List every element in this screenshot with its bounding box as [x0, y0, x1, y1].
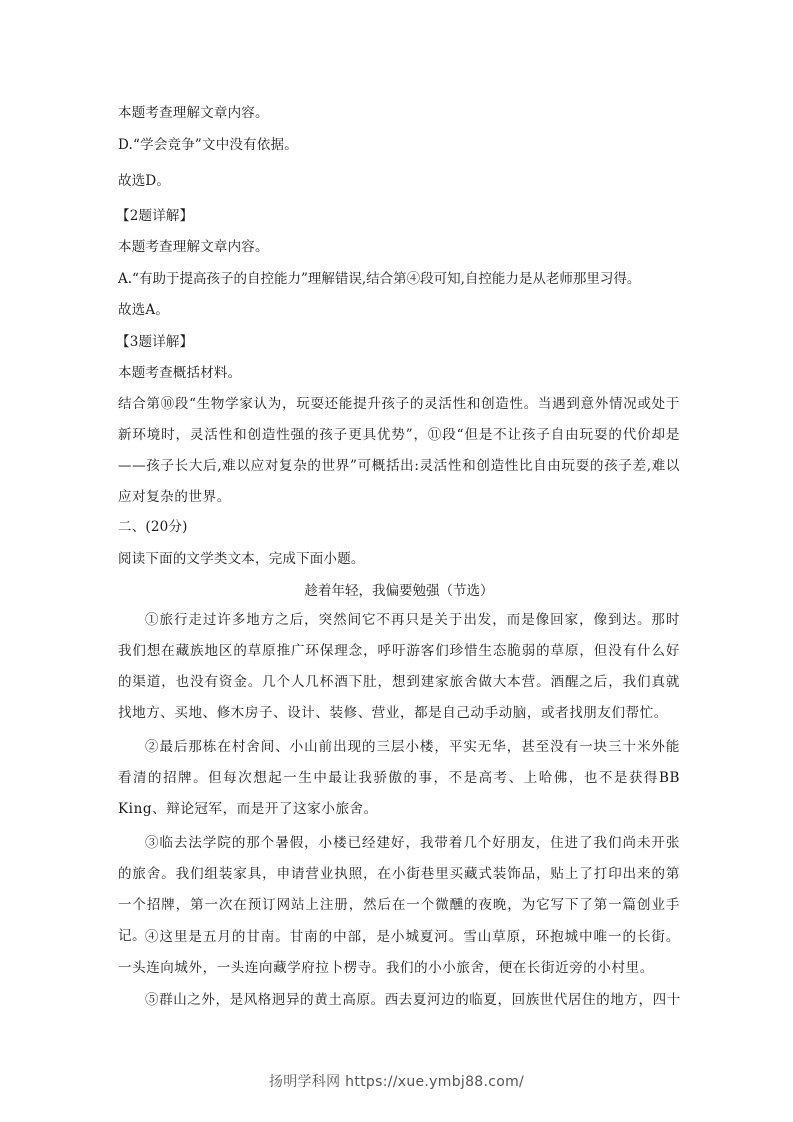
answer-line: 本题考查理解文章内容。: [118, 238, 269, 256]
q2-heading: 【2题详解】: [116, 207, 193, 225]
answer-paragraph: 结合第⑩段“生物学家认为，玩耍还能提升孩子的灵活性和创造性。当遇到意外情况或处于…: [118, 389, 680, 513]
article-paragraph-2: ②最后那栋在村舍间、小山前出现的三层小楼，平实无华，甚至没有一块三十米外能看清的…: [118, 732, 680, 825]
answer-line: 本题考查理解文章内容。: [118, 104, 269, 122]
article-title: 趁着年轻，我偏要勉强（节选）: [118, 582, 680, 600]
section-instruction: 阅读下面的文学类文本，完成下面小题。: [118, 550, 365, 568]
article-paragraph-4: ④这里是五月的甘南。甘南的中部，是小城夏河。雪山草原，环抱城中唯一的长街。一头连…: [118, 922, 680, 984]
article-paragraph-1: ①旅行走过许多地方之后，突然间它不再只是关于出发，而是像回家，像到达。那时我们想…: [118, 605, 680, 729]
section-heading: 二、(20分): [118, 518, 188, 536]
answer-choice: 故选D。: [118, 172, 170, 190]
answer-line: 本题考查概括材料。: [118, 364, 241, 382]
article-paragraph-5: ⑤群山之外，是风格迥异的黄土高原。西去夏河边的临夏，回族世代居住的地方，四十: [118, 985, 680, 1016]
answer-choice: 故选A。: [118, 301, 169, 319]
q3-heading: 【3题详解】: [116, 333, 193, 351]
watermark-footer: 扬明学科网 https://xue.ymbj88.com/: [0, 1071, 793, 1091]
answer-line: D.“学会竞争”文中没有依据。: [118, 136, 298, 154]
answer-line: A.“有助于提高孩子的自控能力”理解错误,结合第④段可知,自控能力是从老师那里习…: [118, 270, 640, 288]
